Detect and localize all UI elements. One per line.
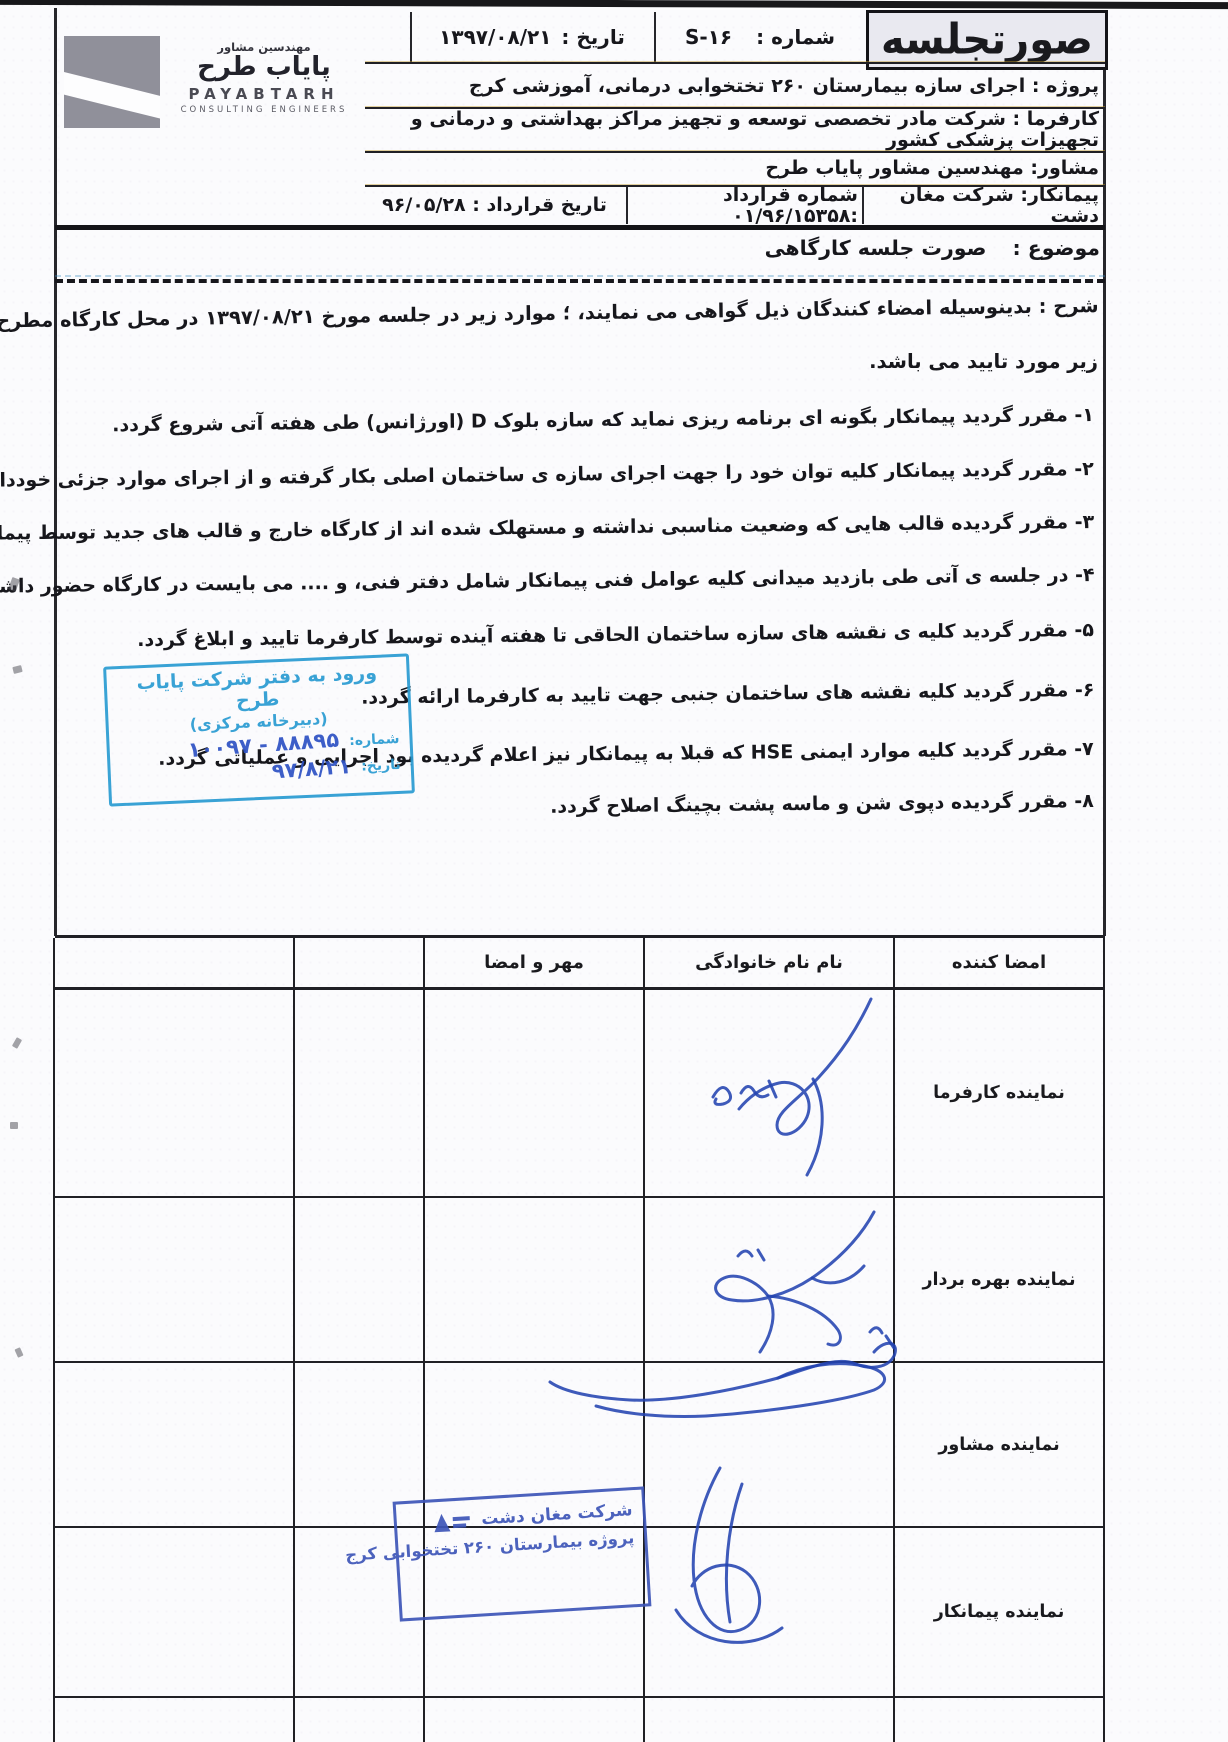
col-header-seal-signature: مهر و امضا [423, 938, 643, 990]
col-header-empty-1 [293, 938, 423, 990]
document-date-value: ۱۳۹۷/۰۸/۲۱ [439, 25, 551, 49]
item-2: ۲- مقرر گردید پیمانکار کلیه توان خود را … [0, 458, 1094, 492]
document-title: صورتجلسه [881, 16, 1093, 64]
entry-stamp-date-value: ۹۷/۸/۲۱ [271, 754, 352, 783]
cell-partial [53, 1698, 293, 1742]
logo-name-en: PAYABTARH [166, 85, 362, 103]
cell-empty [293, 1198, 423, 1363]
scan-artifact [10, 1122, 18, 1129]
item-5: ۵- مقرر گردید کلیه ی نقشه های سازه ساختم… [137, 619, 1094, 651]
cell-seal-operator [423, 1198, 643, 1363]
subject-label: موضوع : [1012, 236, 1100, 260]
logo-stripe [64, 69, 160, 122]
row-label-operator-rep: نماینده بهره بردار [922, 1270, 1075, 1290]
document-number-value: S-۱۶ [685, 25, 732, 49]
row-label-consultant-rep: نماینده مشاور [938, 1435, 1059, 1455]
logo-name-fa: پایاب طرح [166, 54, 362, 81]
rule [365, 62, 1105, 64]
col-header-fullname: نام نام خانوادگی [643, 938, 893, 990]
scan-top-edge [0, 0, 1228, 9]
row-label-contractor-rep: نماینده پیمانکار [934, 1602, 1065, 1622]
cell-fullname-operator [643, 1198, 893, 1363]
info-contractor: پیمانکار: شرکت مغان دشت [866, 187, 1103, 224]
scan-artifact [14, 1347, 23, 1358]
header-divider-2 [410, 12, 412, 62]
description-line-1: شرح : بدینوسیله امضاء کنندگان ذیل گواهی … [0, 294, 1098, 334]
signature-table: امضا کننده نام نام خانوادگی مهر و امضا ن… [55, 935, 1105, 1742]
cell-partial [643, 1698, 893, 1742]
page-right-border [1103, 10, 1106, 936]
item-6: ۶- مقرر گردید کلیه نقشه های ساختمان جنبی… [361, 679, 1094, 709]
item-3: ۳- مقرر گردیده قالب هایی که وضعیت مناسبی… [0, 511, 1094, 547]
scanned-meeting-minutes-page: { "document": { "title": "صورتجلسه", "nu… [0, 0, 1228, 1742]
item-8: ۸- مقرر گردیده دپوی شن و ماسه پشت بچینگ … [550, 790, 1094, 818]
entry-stamp-date-label: تاریخ: [361, 757, 401, 775]
cell-partial [423, 1698, 643, 1742]
cell-partial [293, 1698, 423, 1742]
document-title-box: صورتجلسه [866, 10, 1108, 70]
scan-artifact [12, 1037, 22, 1049]
logo-subtitle-en: CONSULTING ENGINEERS [166, 105, 362, 115]
entry-stamp-number-label: شماره: [349, 731, 400, 749]
cell-empty [53, 1198, 293, 1363]
row-label-client-rep: نماینده کارفرما [933, 1083, 1065, 1103]
header-divider-1 [654, 12, 656, 62]
dashed-rule [55, 279, 1105, 283]
info-contract-date: تاریخ قرارداد : ۹۶/۰۵/۲۸ [367, 187, 622, 224]
item-1: ۱- مقرر گردید پیمانکار بگونه ای برنامه ر… [112, 404, 1094, 436]
cell-fullname-consultant [643, 1363, 893, 1528]
description-line-2: زیر مورد تایید می باشد. [869, 350, 1098, 373]
cell-empty [53, 990, 293, 1198]
scan-artifact [12, 665, 22, 674]
cell-empty [293, 990, 423, 1198]
info-client: کارفرما : شرکت مادر تخصصی توسعه و تجهیز … [365, 109, 1103, 150]
info-contract-no: شماره قرارداد :۰۱/۹۶/۱۵۳۵۸ [630, 187, 858, 224]
cell-empty [53, 1528, 293, 1698]
col-header-signer: امضا کننده [893, 938, 1103, 990]
col-header-empty-2 [53, 938, 293, 990]
document-date-label: تاریخ : [561, 25, 624, 49]
contract-divider-2 [626, 186, 628, 224]
subject-row: موضوع : صورت جلسه کارگاهی [765, 236, 1100, 260]
info-project: پروژه : اجرای سازه بیمارستان ۲۶۰ تختخواب… [365, 66, 1103, 106]
contract-divider-1 [862, 186, 864, 224]
cell-empty [53, 1363, 293, 1528]
subject-value: صورت جلسه کارگاهی [765, 236, 987, 260]
thick-rule [55, 225, 1105, 230]
dashed-rule-fringe [55, 275, 1105, 277]
company-logo-icon [64, 36, 160, 128]
company-logo-text: مهندسین مشاور پایاب طرح PAYABTARH CONSUL… [166, 40, 362, 115]
contractor-stamp-company: شرکت مغان دشت [481, 1500, 633, 1529]
info-consultant: مشاور: مهندسین مشاور پایاب طرح [365, 153, 1103, 184]
office-entry-stamp: ورود به دفتر شرکت پایاب طرح (دبیرخانه مر… [103, 653, 415, 806]
cell-seal-client [423, 990, 643, 1198]
document-date-cell: تاریخ : ۱۳۹۷/۰۸/۲۱ [413, 14, 651, 60]
item-4: ۴- در جلسه ی آتی طی بازدید میدانی کلیه ع… [0, 564, 1094, 598]
contractor-company-stamp: شرکت مغان دشت پروژه بیمارستان ۲۶۰ تختخوا… [393, 1486, 652, 1621]
cell-fullname-contractor [643, 1528, 893, 1698]
cell-partial [893, 1698, 1103, 1742]
cell-fullname-client [643, 990, 893, 1198]
contractor-stamp-logo-icon [431, 1508, 472, 1534]
document-number-label: شماره : [756, 25, 835, 49]
document-number-cell: شماره : S-۱۶ [660, 14, 860, 60]
